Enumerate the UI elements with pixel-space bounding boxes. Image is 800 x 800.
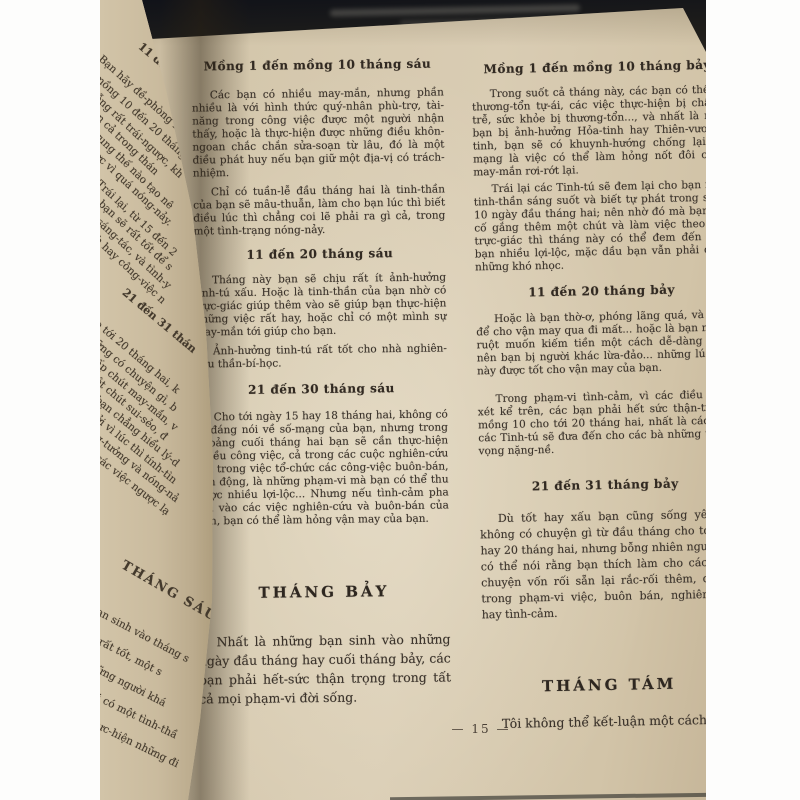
month-heading-fragment: THÁNG SÁU	[119, 558, 220, 625]
paragraph: Trái lại các Tinh-tú sẽ đem lại cho bạn …	[473, 179, 706, 275]
paragraph: Trong suốt cả tháng này, các bạn có thể …	[472, 84, 706, 180]
scan-background: Mồng 1 đến mồng 10 tháng sáu Các bạn có …	[0, 0, 800, 800]
paragraph: Dù tốt hay xấu bạn cũng sống yên-ổn khôn…	[480, 507, 706, 624]
month-heading: THÁNG TÁM	[483, 674, 706, 697]
section-heading: 11 đến 20 tháng bảy	[475, 282, 706, 301]
paragraph: Hoặc là bạn thờ-ơ, phóng lãng quá, và bạ…	[476, 309, 706, 379]
page-fragment-line: ạn sinh vào tháng s	[100, 606, 191, 665]
section-heading: 21 đến 31 tháng bảy	[479, 476, 706, 495]
background-shelf-streak	[330, 4, 580, 16]
book-photo: Mồng 1 đến mồng 10 tháng sáu Các bạn có …	[100, 0, 706, 800]
page-number: — 15 —	[438, 722, 524, 736]
text-column-right: Mồng 1 đến mồng 10 tháng bảy Trong suốt …	[470, 0, 706, 733]
section-heading: Mồng 1 đến mồng 10 tháng bảy	[471, 58, 706, 77]
paragraph: Trong phạm-vi tình-cảm, vì các điều như …	[478, 389, 706, 459]
